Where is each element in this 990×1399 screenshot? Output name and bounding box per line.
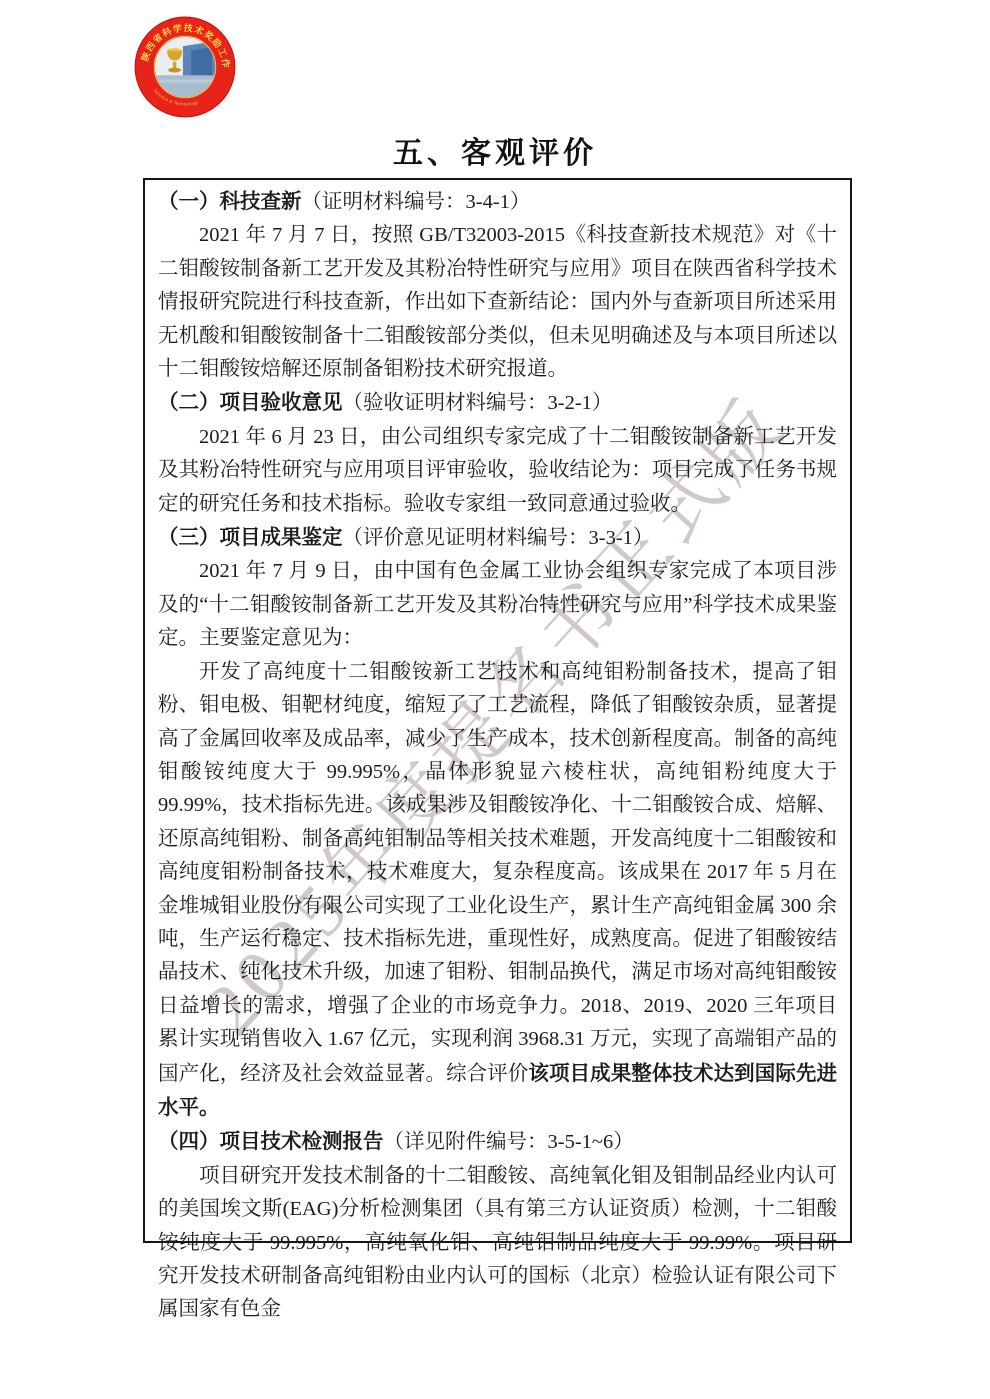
text-run: 2021 年 7 月 7 日，按照 GB/T32003-2015《科技查新技术规… <box>158 224 837 380</box>
section-heading-ref: （评价意见证明材料编号：3-3-1） <box>343 527 654 549</box>
document-page: 陕西省科学技术奖励工作办公室 Science & Technology 2025… <box>0 0 990 1399</box>
text-run: 开发了高纯度十二钼酸铵新工艺技术和高纯钼粉制备技术，提高了钼粉、钼电极、钼靶材纯… <box>158 661 837 1085</box>
seal-graphic: 陕西省科学技术奖励工作办公室 Science & Technology <box>133 15 237 119</box>
text-run: 2021 年 7 月 9 日，由中国有色金属工业协会组织专家完成了本项目涉及的“… <box>158 560 837 649</box>
section-heading-title: （二）项目验收意见 <box>158 391 343 414</box>
body-paragraph: 2021 年 7 月 7 日，按照 GB/T32003-2015《科技查新技术规… <box>158 219 837 386</box>
body-paragraph: 2021 年 6 月 23 日，由公司组织专家完成了十二钼酸铵制备新工艺开发及其… <box>158 421 837 521</box>
section-heading-title: （四）项目技术检测报告 <box>158 1130 384 1153</box>
page-title: 五、客观评价 <box>0 128 990 172</box>
section-heading: （一）科技查新（证明材料编号：3-4-1） <box>158 185 837 219</box>
section-heading: （三）项目成果鉴定（评价意见证明材料编号：3-3-1） <box>158 521 837 555</box>
section-heading-ref: （证明材料编号：3-4-1） <box>302 191 531 213</box>
section-heading-ref: （验收证明材料编号：3-2-1） <box>343 392 613 414</box>
section-heading: （四）项目技术检测报告（详见附件编号：3-5-1~6） <box>158 1125 837 1159</box>
award-office-seal: 陕西省科学技术奖励工作办公室 Science & Technology <box>133 15 237 119</box>
body-paragraph: 开发了高纯度十二钼酸铵新工艺技术和高纯钼粉制备技术，提高了钼粉、钼电极、钼靶材纯… <box>158 656 837 1126</box>
text-run: 项目研究开发技术制备的十二钼酸铵、高纯氧化钼及钼制品经业内认可的美国埃文斯(EA… <box>158 1165 837 1321</box>
section-heading-ref: （详见附件编号：3-5-1~6） <box>384 1131 634 1153</box>
section-heading-title: （三）项目成果鉴定 <box>158 526 343 549</box>
text-run: 2021 年 6 月 23 日，由公司组织专家完成了十二钼酸铵制备新工艺开发及其… <box>158 426 837 515</box>
section-heading-title: （一）科技查新 <box>158 190 302 213</box>
body-paragraph: 2021 年 7 月 9 日，由中国有色金属工业协会组织专家完成了本项目涉及的“… <box>158 555 837 655</box>
body-paragraph: 项目研究开发技术制备的十二钼酸铵、高纯氧化钼及钼制品经业内认可的美国埃文斯(EA… <box>158 1160 837 1327</box>
section-heading: （二）项目验收意见（验收证明材料编号：3-2-1） <box>158 386 837 420</box>
evaluation-box: （一）科技查新（证明材料编号：3-4-1）2021 年 7 月 7 日，按照 G… <box>143 178 852 1243</box>
